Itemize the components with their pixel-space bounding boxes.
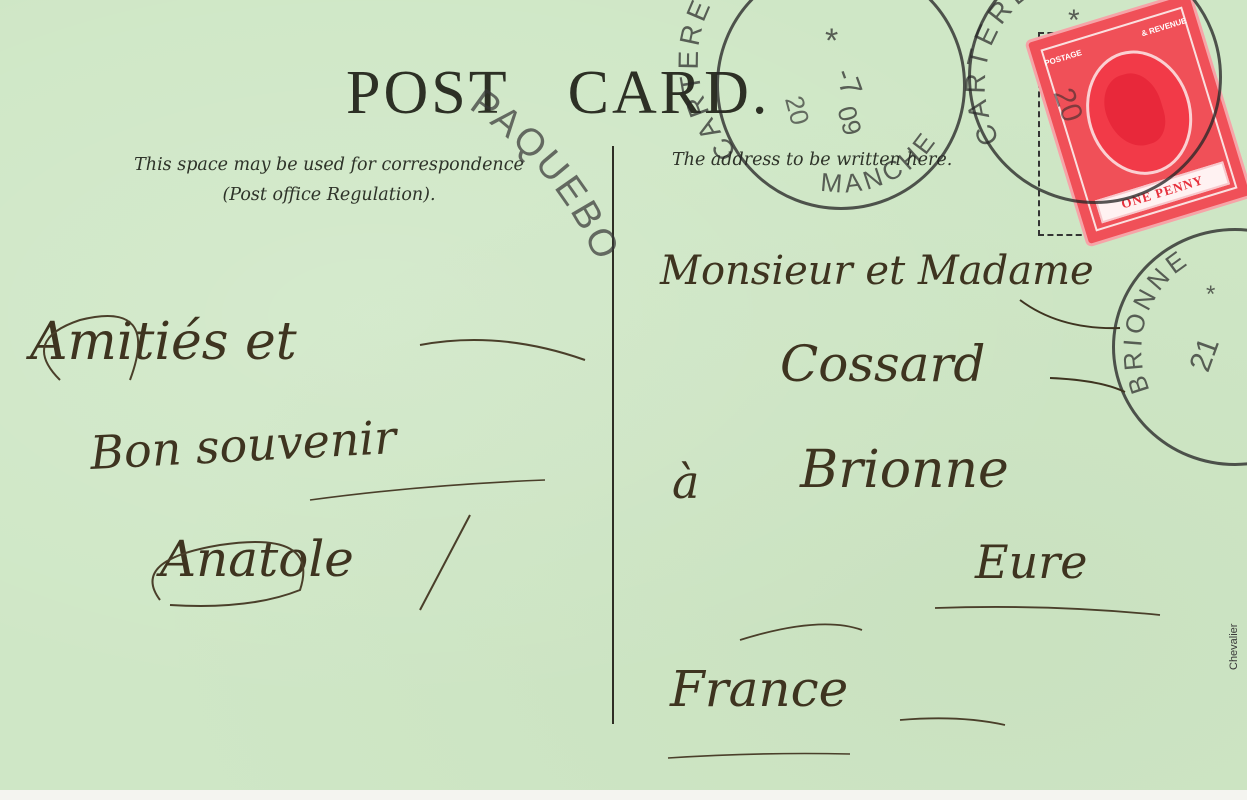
address-underlines: [0, 0, 1247, 800]
printer-credit: Chevalier: [1228, 624, 1240, 670]
